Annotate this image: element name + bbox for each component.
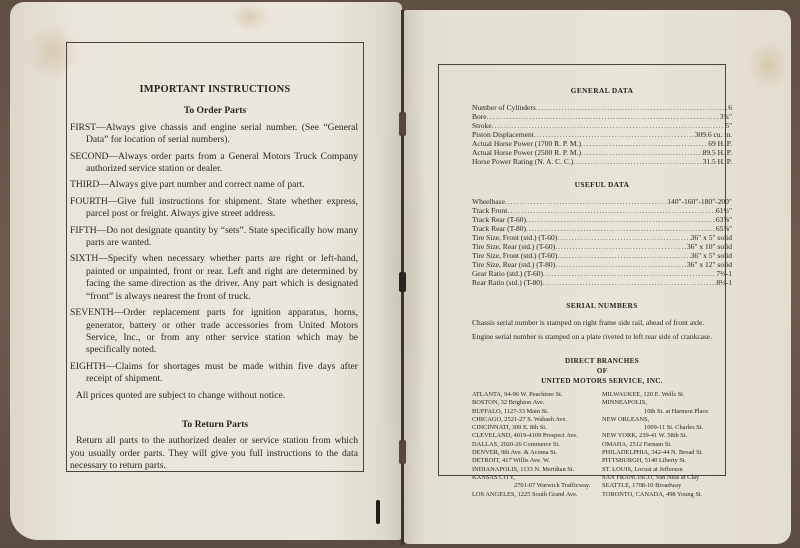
paper-stain [230, 2, 270, 32]
dot-leader [557, 251, 690, 260]
data-value: 89.5 H. P. [703, 148, 732, 157]
staple [399, 112, 406, 136]
serial-numbers-text: Chassis serial number is stamped on righ… [472, 318, 732, 341]
dot-leader [555, 242, 687, 251]
data-row: Tire Size, Front (std.) (T-60)36" x 5" s… [472, 251, 732, 260]
general-data-table: Number of Cylinders6Bore3¾"Stroke5"Pisto… [472, 103, 732, 166]
branches-list: ATLANTA, 94-96 W. Peachtree St.BOSTON, 3… [472, 391, 732, 499]
data-label: Stroke [472, 121, 492, 130]
instruction-item: FIFTH—Do not designate quantity by “sets… [70, 225, 360, 250]
branch-entry: PHILADELPHIA, 342-44 N. Broad St. [602, 449, 732, 457]
branch-entry: KANSAS CITY, [472, 474, 602, 482]
branch-entry: 2701-07 Warwick Trafficway. [472, 482, 602, 490]
price-note: All prices quoted are subject to change … [76, 390, 360, 402]
data-value: 3¾" [720, 112, 732, 121]
data-row: Wheelbase140"-160"-180"-200" [472, 197, 732, 206]
data-label: Gear Ratio (std.) (T-60) [472, 269, 543, 278]
branch-entry: BOSTON, 32 Brighton Ave. [472, 399, 602, 407]
serial-numbers-heading: SERIAL NUMBERS [472, 301, 732, 310]
data-row: Horse Power Rating (N. A. C. C.)31.5 H. … [472, 157, 732, 166]
useful-data-table: Wheelbase140"-160"-180"-200"Track Front6… [472, 197, 732, 287]
branch-entry: 10th St. at Harmon Place [602, 408, 732, 416]
data-row: Rear Ratio (std.) (T-80)8⅔-1 [472, 278, 732, 287]
data-label: Wheelbase [472, 197, 505, 206]
data-label: Number of Cylinders [472, 103, 536, 112]
serial-paragraph: Engine serial number is stamped on a pla… [472, 332, 732, 341]
data-label: Tire Size, Front (std.) (T-60) [472, 251, 557, 260]
instructions-column: IMPORTANT INSTRUCTIONS To Order Parts FI… [70, 84, 360, 473]
data-row: Track Front61½" [472, 206, 732, 215]
data-value: 63⅝" [716, 215, 732, 224]
branch-entry: 1009-11 St. Charles St. [602, 424, 732, 432]
data-row: Actual Horse Power (1700 R. P. M.)69 H. … [472, 139, 732, 148]
data-label: Track Front [472, 206, 507, 215]
staple [399, 272, 406, 292]
data-label: Piston Displacement [472, 130, 534, 139]
data-value: 31.5 H. P. [703, 157, 732, 166]
data-row: Track Rear (T-60)63⅝" [472, 215, 732, 224]
dot-leader [526, 215, 716, 224]
branch-entry: CLEVELAND, 4019-4109 Prospect Ave. [472, 432, 602, 440]
instruction-item: THIRD—Always give part number and correc… [70, 179, 360, 191]
dot-leader [543, 278, 717, 287]
branch-entry: MILWAUKEE, 120 E. Wells St. [602, 391, 732, 399]
branch-entry: CHICAGO, 2521-27 S. Wabash Ave. [472, 416, 602, 424]
data-value: 7⅔-1 [716, 269, 732, 278]
dot-leader [487, 112, 720, 121]
data-value: 309.6 cu. in. [695, 130, 732, 139]
branch-entry: SEATTLE, 1708-10 Broadway [602, 482, 732, 490]
data-label: Actual Horse Power (2500 R. P. M.) [472, 148, 581, 157]
data-label: Actual Horse Power (1700 R. P. M.) [472, 139, 581, 148]
general-data-heading: GENERAL DATA [472, 86, 732, 95]
data-row: Actual Horse Power (2500 R. P. M.)89.5 H… [472, 148, 732, 157]
dot-leader [492, 121, 726, 130]
branch-entry: CINCINNATI, 309 E. 8th St. [472, 424, 602, 432]
data-label: Bore [472, 112, 487, 121]
data-value: 8⅔-1 [716, 278, 732, 287]
dot-leader [543, 269, 716, 278]
data-value: 61½" [716, 206, 732, 215]
instructions-list: FIRST—Always give chassis and engine ser… [70, 122, 360, 386]
dot-leader [557, 233, 690, 242]
branch-entry: DENVER, 9th Ave. & Acoma St. [472, 449, 602, 457]
dot-leader [581, 148, 703, 157]
branch-entry: MINNEAPOLIS, [602, 399, 732, 407]
data-row: Tire Size, Front (std.) (T-60)36" x 5" s… [472, 233, 732, 242]
data-value: 5" [725, 121, 732, 130]
data-row: Track Rear (T-80)65⅝" [472, 224, 732, 233]
return-parts-text: Return all parts to the authorized deale… [70, 435, 360, 472]
instruction-item: FOURTH—Give full instructions for shipme… [70, 196, 360, 221]
instruction-item: SIXTH—Specify when necessary whether par… [70, 253, 360, 303]
branch-entry: INDIANAPOLIS, 1133 N. Meridian St. [472, 466, 602, 474]
data-value: 36" x 12" solid [687, 260, 732, 269]
branch-entry: PITTSBURGH, 5140 Liberty St. [602, 457, 732, 465]
instruction-item: SECOND—Always order parts from a General… [70, 151, 360, 176]
branch-entry: DALLAS, 2020-26 Commerce St. [472, 441, 602, 449]
branch-entry: LOS ANGELES, 1225 South Grand Ave. [472, 491, 602, 499]
order-parts-heading: To Order Parts [70, 105, 360, 117]
data-value: 65⅝" [716, 224, 732, 233]
return-parts-heading: To Return Parts [70, 419, 360, 431]
useful-data-heading: USEFUL DATA [472, 180, 732, 189]
data-value: 36" x 10" solid [687, 242, 732, 251]
data-value: 69 H. P. [708, 139, 732, 148]
ink-mark [376, 500, 380, 524]
branch-entry: SAN FRANCISCO, Van Ness at Clay [602, 474, 732, 482]
branches-right-column: MILWAUKEE, 120 E. Wells St.MINNEAPOLIS,1… [602, 391, 732, 499]
data-value: 36" x 5" solid [691, 251, 732, 260]
data-value: 6 [728, 103, 732, 112]
data-label: Track Rear (T-80) [472, 224, 526, 233]
data-label: Tire Size, Front (std.) (T-60) [472, 233, 557, 242]
dot-leader [505, 197, 667, 206]
data-label: Track Rear (T-60) [472, 215, 526, 224]
serial-paragraph: Chassis serial number is stamped on righ… [472, 318, 732, 327]
data-row: Tire Size, Rear (std.) (T-60)36" x 10" s… [472, 242, 732, 251]
dot-leader [536, 103, 729, 112]
data-row: Tire Size, Rear (std.) (T-80)36" x 12" s… [472, 260, 732, 269]
branch-entry: TORONTO, CANADA, 498 Young St. [602, 491, 732, 499]
dot-leader [573, 157, 702, 166]
branches-heading: DIRECT BRANCHESOFUNITED MOTORS SERVICE, … [472, 356, 732, 386]
dot-leader [526, 224, 716, 233]
data-row: Piston Displacement309.6 cu. in. [472, 130, 732, 139]
data-column: GENERAL DATA Number of Cylinders6Bore3¾"… [472, 86, 732, 499]
data-value: 140"-160"-180"-200" [667, 197, 732, 206]
page-title: IMPORTANT INSTRUCTIONS [70, 84, 360, 96]
dot-leader [507, 206, 715, 215]
branch-entry: NEW YORK, 239-41 W. 58th St. [602, 432, 732, 440]
dot-leader [534, 130, 695, 139]
paper-stain [748, 40, 788, 90]
data-label: Horse Power Rating (N. A. C. C.) [472, 157, 573, 166]
data-row: Bore3¾" [472, 112, 732, 121]
instruction-item: SEVENTH—Order replacement parts for igni… [70, 307, 360, 357]
data-value: 36" x 5" solid [691, 233, 732, 242]
data-row: Gear Ratio (std.) (T-60)7⅔-1 [472, 269, 732, 278]
branches-heading-line: OF [472, 366, 732, 376]
branch-entry: NEW ORLEANS, [602, 416, 732, 424]
staple [399, 440, 406, 464]
data-label: Tire Size, Rear (std.) (T-60) [472, 242, 555, 251]
branches-heading-line: UNITED MOTORS SERVICE, INC. [472, 376, 732, 386]
data-row: Number of Cylinders6 [472, 103, 732, 112]
branches-heading-line: DIRECT BRANCHES [472, 356, 732, 366]
instruction-item: FIRST—Always give chassis and engine ser… [70, 122, 360, 147]
branches-left-column: ATLANTA, 94-96 W. Peachtree St.BOSTON, 3… [472, 391, 602, 499]
instruction-item: EIGHTH—Claims for shortages must be made… [70, 361, 360, 386]
branch-entry: ST. LOUIS, Locust at Jefferson [602, 466, 732, 474]
branch-entry: OMAHA, 2512 Farnam St. [602, 441, 732, 449]
dot-leader [555, 260, 687, 269]
data-label: Tire Size, Rear (std.) (T-80) [472, 260, 555, 269]
dot-leader [581, 139, 708, 148]
data-row: Stroke5" [472, 121, 732, 130]
branch-entry: BUFFALO, 1127-33 Main St. [472, 408, 602, 416]
branch-entry: DETROIT, 417 Willis Ave. W. [472, 457, 602, 465]
data-label: Rear Ratio (std.) (T-80) [472, 278, 543, 287]
branch-entry: ATLANTA, 94-96 W. Peachtree St. [472, 391, 602, 399]
